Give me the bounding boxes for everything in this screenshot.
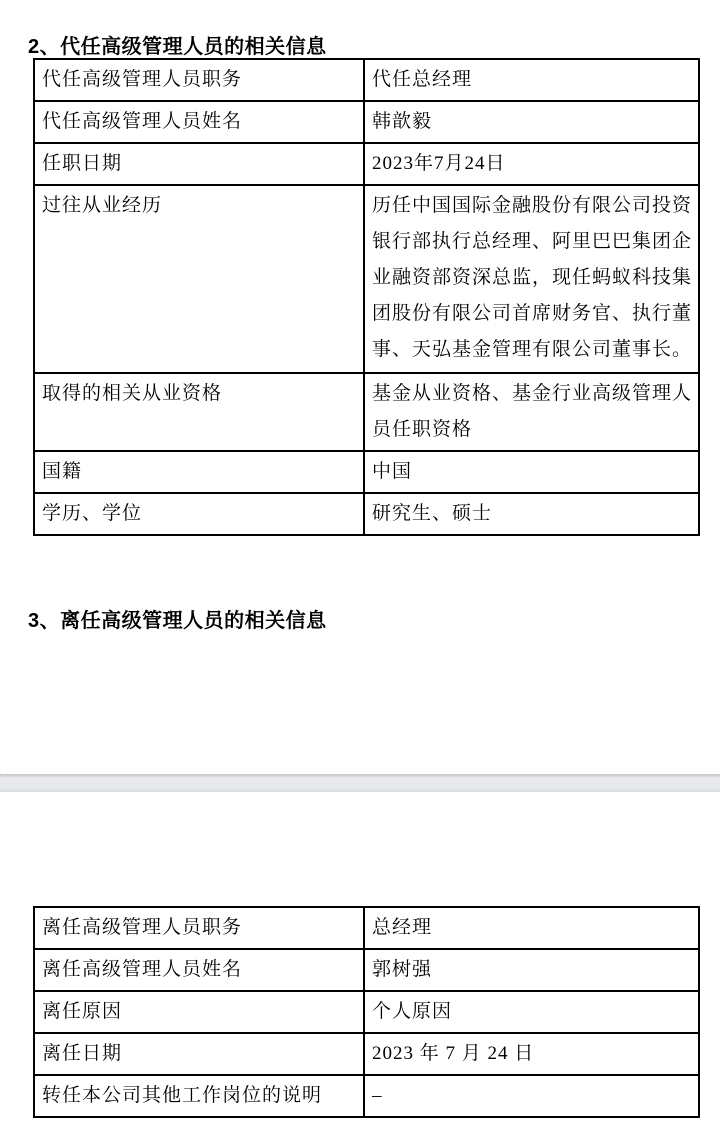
row-value-departing-position: 总经理 [364,907,699,949]
row-value-nationality: 中国 [364,451,699,493]
table-row: 取得的相关从业资格 基金从业资格、基金行业高级管理人员任职资格 [34,373,699,451]
table-row: 国籍 中国 [34,451,699,493]
row-value-qualifications: 基金从业资格、基金行业高级管理人员任职资格 [364,373,699,451]
row-value-transfer-note: – [364,1075,699,1117]
row-label-departure-date: 离任日期 [34,1033,364,1075]
table-row: 离任日期 2023 年 7 月 24 日 [34,1033,699,1075]
row-value-education: 研究生、硕士 [364,493,699,535]
row-value-departure-date: 2023 年 7 月 24 日 [364,1033,699,1075]
table-row: 离任高级管理人员姓名 郭树强 [34,949,699,991]
departing-management-table: 离任高级管理人员职务 总经理 离任高级管理人员姓名 郭树强 离任原因 个人原因 … [33,906,700,1118]
row-label-nationality: 国籍 [34,451,364,493]
table-row: 过往从业经历 历任中国国际金融股份有限公司投资银行部执行总经理、阿里巴巴集团企业… [34,185,699,373]
row-value-name: 韩歆毅 [364,101,699,143]
table-row: 离任原因 个人原因 [34,991,699,1033]
row-label-departing-name: 离任高级管理人员姓名 [34,949,364,991]
section-heading-departing-management: 3、离任高级管理人员的相关信息 [28,604,327,633]
row-value-departure-reason: 个人原因 [364,991,699,1033]
table-row: 转任本公司其他工作岗位的说明 – [34,1075,699,1117]
row-label-qualifications: 取得的相关从业资格 [34,373,364,451]
table-row: 离任高级管理人员职务 总经理 [34,907,699,949]
row-label-departing-position: 离任高级管理人员职务 [34,907,364,949]
row-value-departing-name: 郭树强 [364,949,699,991]
row-label-education: 学历、学位 [34,493,364,535]
section-heading-acting-management: 2、代任高级管理人员的相关信息 [28,30,327,59]
page-break-separator [0,774,720,792]
row-label-position: 代任高级管理人员职务 [34,59,364,101]
document-page: { "page": { "background": "#ffffff", "ta… [0,0,720,1130]
row-label-appointment-date: 任职日期 [34,143,364,185]
table-row: 学历、学位 研究生、硕士 [34,493,699,535]
row-label-departure-reason: 离任原因 [34,991,364,1033]
table-row: 任职日期 2023年7月24日 [34,143,699,185]
row-label-transfer-note: 转任本公司其他工作岗位的说明 [34,1075,364,1117]
table-row: 代任高级管理人员职务 代任总经理 [34,59,699,101]
row-value-work-history: 历任中国国际金融股份有限公司投资银行部执行总经理、阿里巴巴集团企业融资部资深总监… [364,185,699,373]
row-value-position: 代任总经理 [364,59,699,101]
row-value-appointment-date: 2023年7月24日 [364,143,699,185]
row-label-name: 代任高级管理人员姓名 [34,101,364,143]
table-row: 代任高级管理人员姓名 韩歆毅 [34,101,699,143]
acting-management-table: 代任高级管理人员职务 代任总经理 代任高级管理人员姓名 韩歆毅 任职日期 202… [33,58,700,536]
row-label-work-history: 过往从业经历 [34,185,364,373]
